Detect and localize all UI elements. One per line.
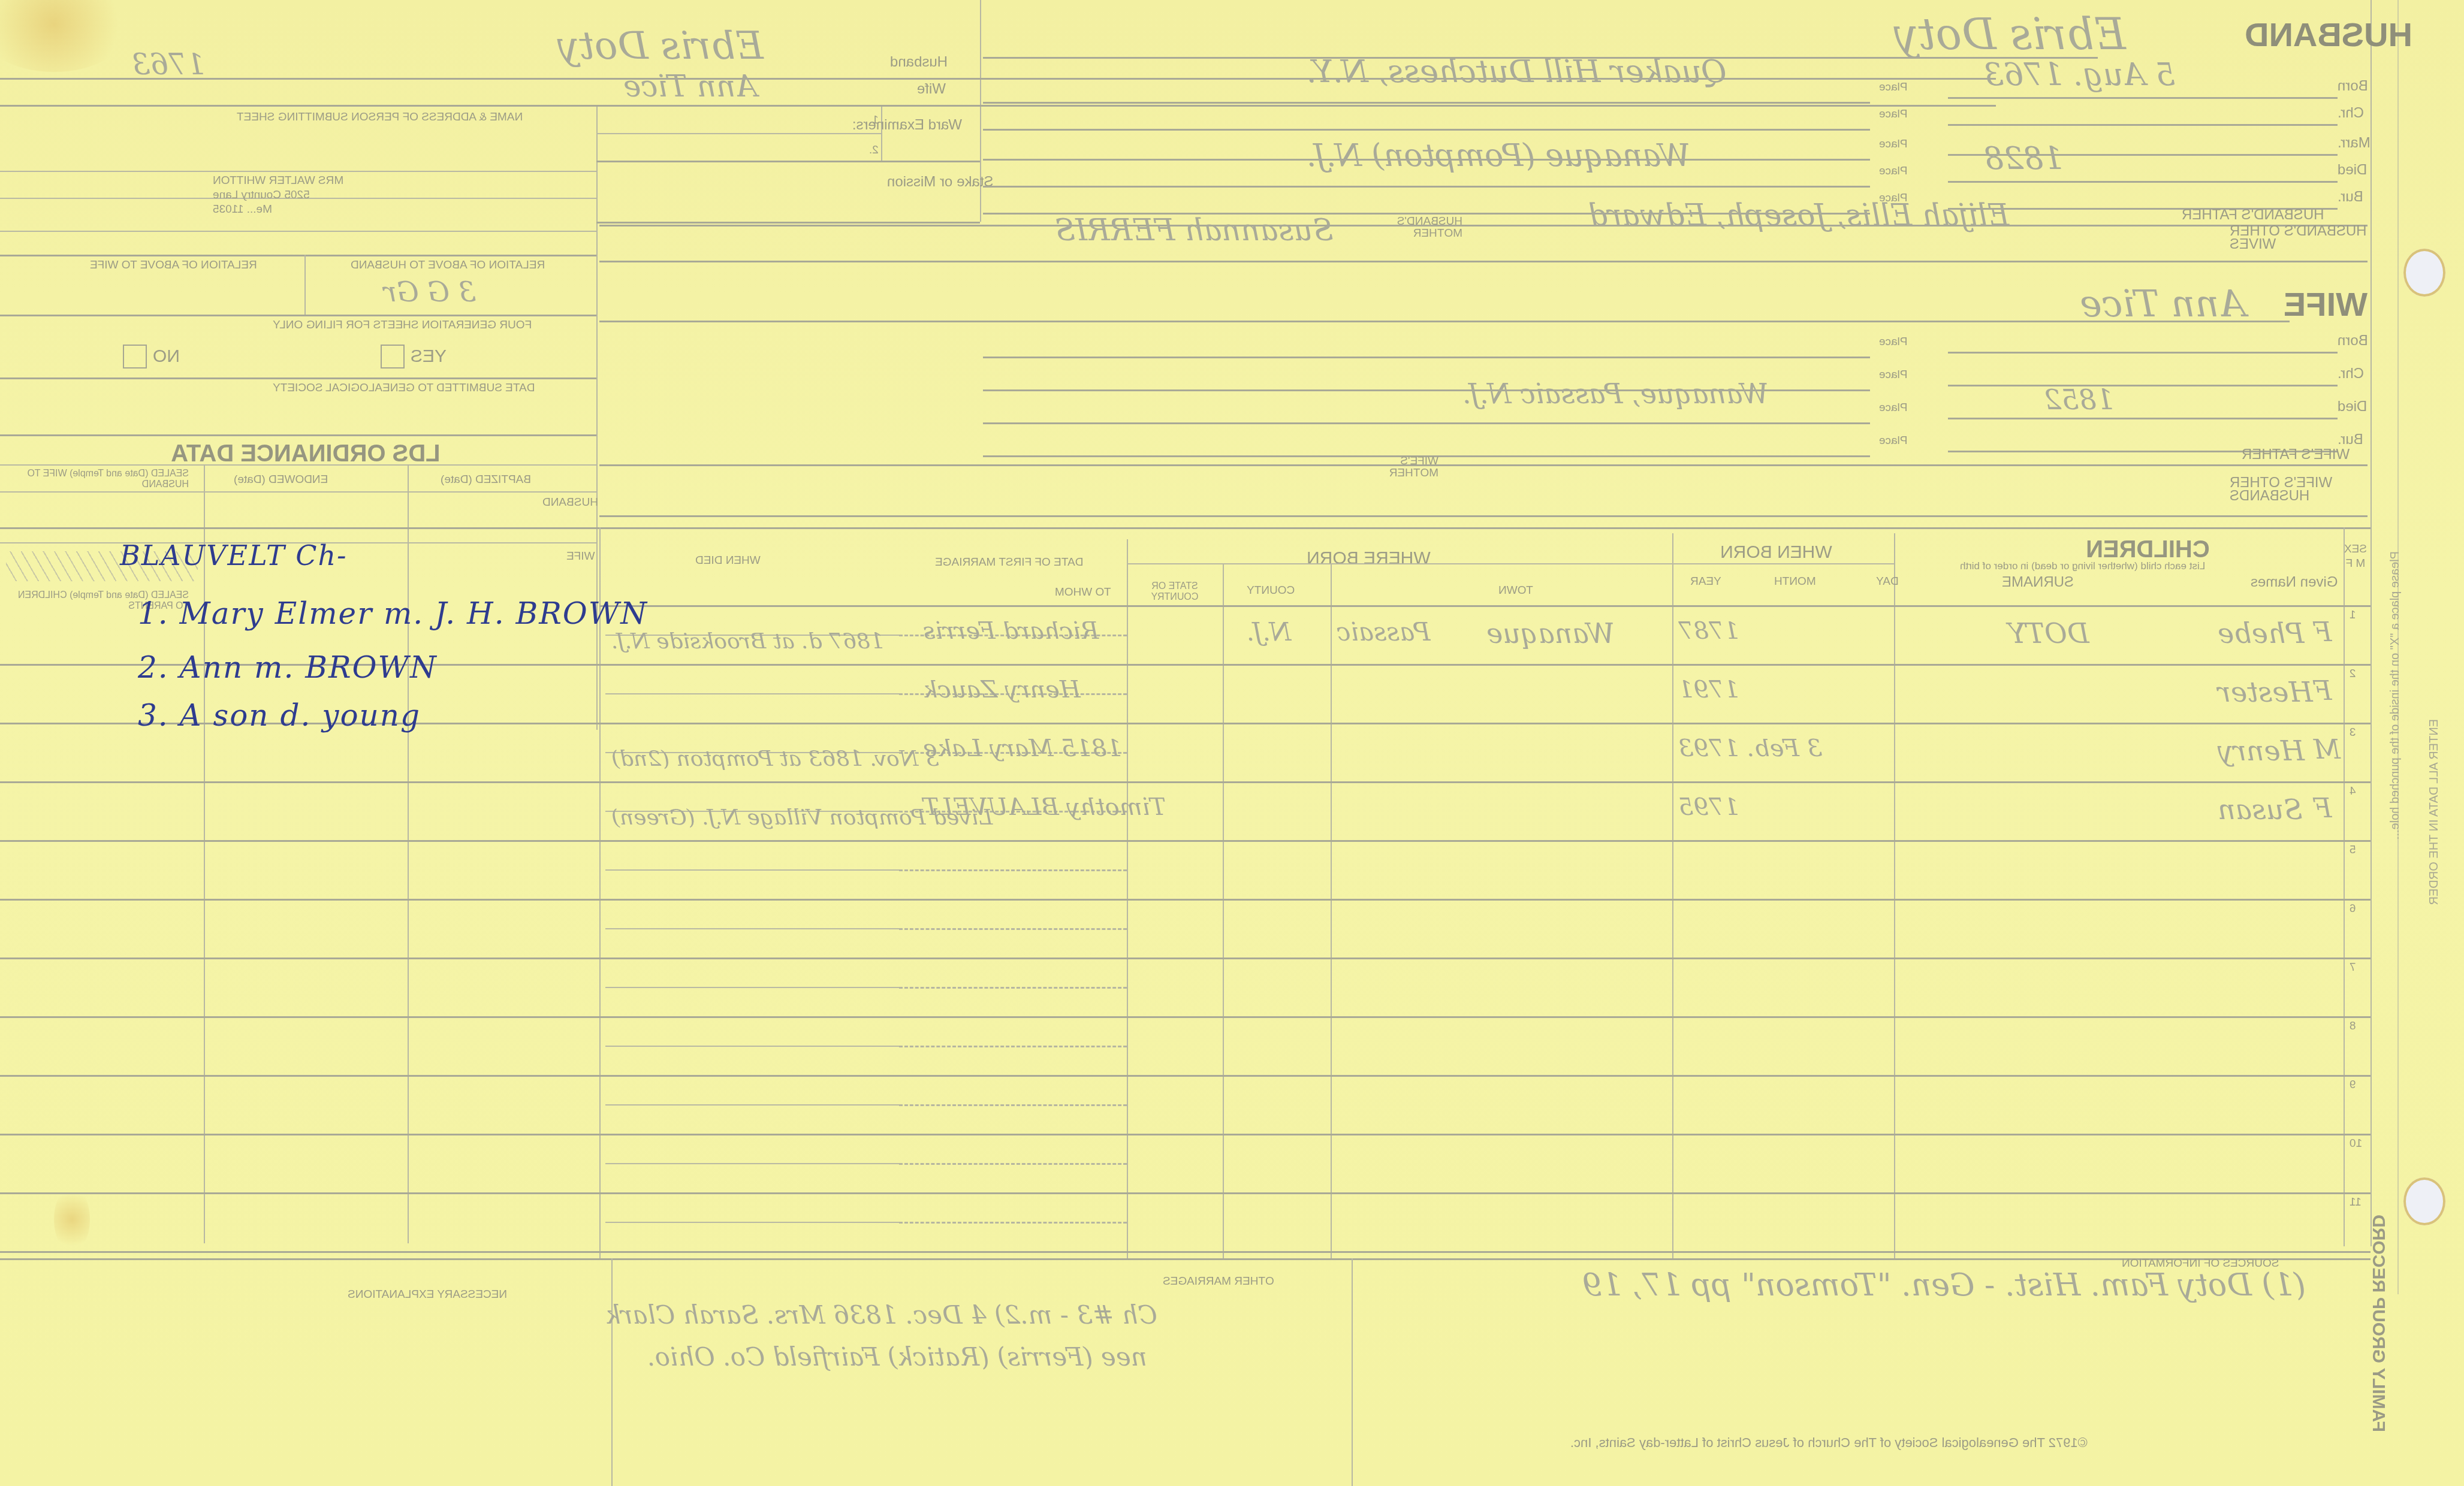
child-number: 8 — [2350, 1020, 2356, 1033]
place-label: Place — [1879, 108, 1908, 121]
wife-name: Ann Tice — [2080, 282, 2246, 325]
no-checkbox[interactable] — [123, 345, 147, 369]
child-given: Susan — [2218, 793, 2303, 826]
day-header: DAY — [1876, 575, 1899, 588]
child-number: 6 — [2350, 902, 2356, 916]
examiner-1: 1. — [869, 114, 879, 127]
husband-title: HUSBAND — [2245, 15, 2412, 54]
child-given: Henry — [2218, 735, 2305, 767]
submitter-stamp: MRS WALTER WHITTON 5205 Country Lane Me.… — [213, 174, 343, 217]
children-title: CHILDREN — [2086, 536, 2210, 563]
husband-place-value: Quaker Hill Dutchess, N.Y. — [1307, 54, 1727, 90]
child-sex: M — [2314, 735, 2341, 765]
husbands-mother-label: HUSBAND'S MOTHER — [1409, 216, 1462, 240]
relation-wife-label: RELATION OF ABOVE TO WIFE — [90, 259, 257, 272]
four-generation-label: FOUR GENERATION SHEETS FOR FILING ONLY — [273, 319, 532, 332]
sealed-col-label: SEALED (Date and Temple) WIFE TO HUSBAND — [9, 469, 189, 490]
child-town: Wanaque — [1486, 617, 1615, 650]
husband-born-label: Born — [2338, 78, 2368, 95]
child-number: 9 — [2350, 1079, 2356, 1092]
relation-husband-label: RELATION OF ABOVE TO HUSBAND — [351, 259, 545, 272]
margin-instructions: Please place a "X" on the inside of the … — [2388, 551, 2402, 839]
husband-date-value: 1828 — [1984, 141, 2063, 177]
wife-died-label: Died — [2338, 398, 2367, 415]
wife-name-value: Ann Tice — [623, 69, 757, 104]
year-header: YEAR — [1690, 575, 1721, 588]
given-names-header: Given Names — [2251, 574, 2338, 591]
place-label: Place — [1879, 138, 1908, 151]
sex-header: SEX M F — [2344, 542, 2368, 571]
no-label: NO — [153, 346, 180, 367]
wife-label: Wife — [917, 81, 946, 98]
where-born-header: WHERE BORN — [1307, 548, 1431, 569]
wife-born-label: Born — [2338, 333, 2368, 349]
child-born: 1787 — [1678, 617, 1739, 645]
ink-note-line-2: 1. Mary Elmer m. J. H. BROWN — [138, 596, 648, 631]
place-label: Place — [1879, 165, 1908, 178]
sources-value: (1) Doty Fam. Hist. - Gen. "Tomson" pp 1… — [1582, 1267, 2306, 1303]
other-marriages-line-1: Ch #3 - m.2) 4 Dec. 1836 Mrs. Sarah Clar… — [605, 1300, 1157, 1330]
child-died: 1867 d. at Brookside N.J. — [611, 629, 884, 654]
child-number: 2 — [2350, 668, 2356, 681]
when-born-header: WHEN BORN — [1720, 542, 1832, 563]
examiner-2: 2. — [869, 144, 879, 157]
county-header: COUNTY — [1247, 584, 1295, 597]
endowed-col-label: ENDOWED (Date) — [234, 473, 328, 487]
husband-bur-label: Bur. — [2338, 189, 2363, 206]
child-sex: F — [2314, 617, 2332, 648]
child-county: Passaic — [1337, 617, 1431, 647]
child-number: 10 — [2350, 1137, 2362, 1150]
child-number: 5 — [2350, 844, 2356, 857]
lds-ordinance-title: LDS ORDINANCE DATA — [171, 440, 441, 467]
wife-ordinance-row: WIFE — [566, 550, 595, 563]
relation-husband-value: 3 G Gr — [384, 276, 476, 308]
ward-examiners-label: Ward Examiners: — [890, 117, 962, 134]
stake-mission-label: Stake or Mission — [887, 174, 993, 191]
margin-instructions-2: ENTER ALL DATA IN THE ORDER — [2427, 719, 2441, 905]
child-died: Lived Pompton Village N.J. (Green) — [611, 805, 993, 830]
other-marriages-label: OTHER MARRIAGES — [1163, 1275, 1274, 1288]
husband-name: Ebris Doty — [1894, 9, 2126, 59]
child-born: 1791 — [1678, 676, 1739, 703]
husbands-other-wives-label: HUSBAND'S OTHER WIVES — [2230, 225, 2368, 251]
child-born: 1795 — [1678, 793, 1739, 821]
when-died-header: WHEN DIED — [695, 554, 761, 567]
baptized-col-label: BAPTIZED (Date) — [441, 473, 531, 487]
husband-date-value: 5 Aug. 1763 — [1984, 57, 2175, 93]
husband-name-value: Ebris Doty — [557, 24, 764, 68]
month-header: MONTH — [1774, 575, 1816, 588]
age-stain — [0, 0, 132, 72]
child-marriage: 1815 Mary Lake — [923, 735, 1122, 762]
state-country-header: STATE OR COUNTRY — [1133, 581, 1217, 603]
child-number: 3 — [2350, 726, 2356, 739]
wife-place-value: Wanaque, Passaic N.J. — [1462, 377, 1769, 410]
sheet-reference: 1763 — [132, 48, 205, 81]
yes-checkbox[interactable] — [381, 345, 405, 369]
first-marriage-header: DATE OF FIRST MARRIAGE — [935, 556, 1083, 569]
husband-marr-label: Marr. — [2338, 135, 2370, 152]
husbands-father-label: HUSBAND'S FATHER — [2182, 207, 2324, 223]
husband-label: Husband — [890, 54, 948, 71]
ink-note-line-3: 2. Ann m. BROWN — [138, 650, 438, 685]
husband-ordinance-row: HUSBAND — [542, 496, 598, 509]
child-number: 4 — [2350, 785, 2356, 798]
husband-chr-label: Chr. — [2338, 105, 2364, 122]
child-number: 11 — [2350, 1196, 2362, 1209]
child-state: N.J. — [1247, 617, 1291, 647]
family-group-record-sheet: Husband Wife Ebris Doty Ann Tice 1763 NA… — [0, 0, 2464, 1486]
husbands-father-value: Elijah Ellis, Joseph, Edward — [1588, 198, 2009, 232]
husbands-mother-value: Susannah FERRIS — [1055, 213, 1334, 247]
wife-title: WIFE — [2284, 285, 2368, 324]
husband-place-value: Wanaque (Pompton) N.J. — [1307, 138, 1690, 174]
husband-died-label: Died — [2338, 162, 2367, 179]
place-label: Place — [1879, 369, 1908, 382]
to-whom-header: TO WHOM — [1055, 586, 1111, 599]
child-given: Hester — [2218, 676, 2313, 708]
child-sex: F — [2314, 793, 2332, 824]
family-group-record-side-label: FAMILY GROUP RECORD — [2368, 1215, 2388, 1432]
place-label: Place — [1879, 336, 1908, 349]
wifes-mother-label: WIFE'S MOTHER — [1385, 455, 1438, 479]
surname-header: SURNAME — [2002, 574, 2074, 591]
ink-note-line-4: 3. A son d. young — [138, 698, 421, 733]
age-stain — [54, 1186, 90, 1252]
child-given: Phebe — [2218, 617, 2304, 650]
submitter-label: NAME & ADDRESS OF PERSON SUBMITTING SHEE… — [237, 111, 523, 124]
wife-chr-label: Chr. — [2338, 366, 2364, 382]
place-label: Place — [1879, 401, 1908, 415]
child-number: 7 — [2350, 961, 2356, 974]
town-header: TOWN — [1498, 584, 1533, 597]
copyright-notice: ©1972 The Genealogical Society of The Ch… — [1570, 1435, 2088, 1451]
place-label: Place — [1879, 81, 1908, 94]
date-submitted-label: DATE SUBMITTED TO GENEALOGICAL SOCIETY — [273, 382, 535, 395]
yes-label: YES — [411, 346, 447, 367]
wife-bur-label: Bur. — [2338, 431, 2363, 448]
child-marriage: Henry Zauck — [923, 676, 1081, 703]
children-subtitle: List each child (whether living or dead)… — [1960, 560, 2205, 572]
necessary-explanations-label: NECESSARY EXPLANATIONS — [348, 1288, 507, 1301]
punch-hole — [2403, 1177, 2445, 1225]
wifes-father-label: WIFE'S FATHER — [2242, 446, 2350, 463]
wife-date-value: 1852 — [2044, 383, 2114, 416]
child-marriage: Richard Ferris — [923, 617, 1099, 645]
place-label: Place — [1879, 434, 1908, 448]
wifes-other-husbands-label: WIFE'S OTHER HUSBANDS — [2230, 476, 2368, 503]
child-born: 3 Feb. 1793 — [1678, 735, 1822, 762]
punch-hole — [2403, 249, 2445, 297]
ink-note-line-1: BLAUVELT Ch- — [120, 539, 348, 572]
child-number: 1 — [2350, 609, 2356, 622]
child-surname: DOTY — [2008, 617, 2089, 650]
other-marriages-line-2: nee (Ferris) (Ratick) Fairfield Co. Ohio… — [647, 1342, 1147, 1372]
child-sex: F — [2314, 676, 2332, 706]
child-died: 3 Nov. 1863 at Pompton (2nd) — [611, 747, 939, 771]
